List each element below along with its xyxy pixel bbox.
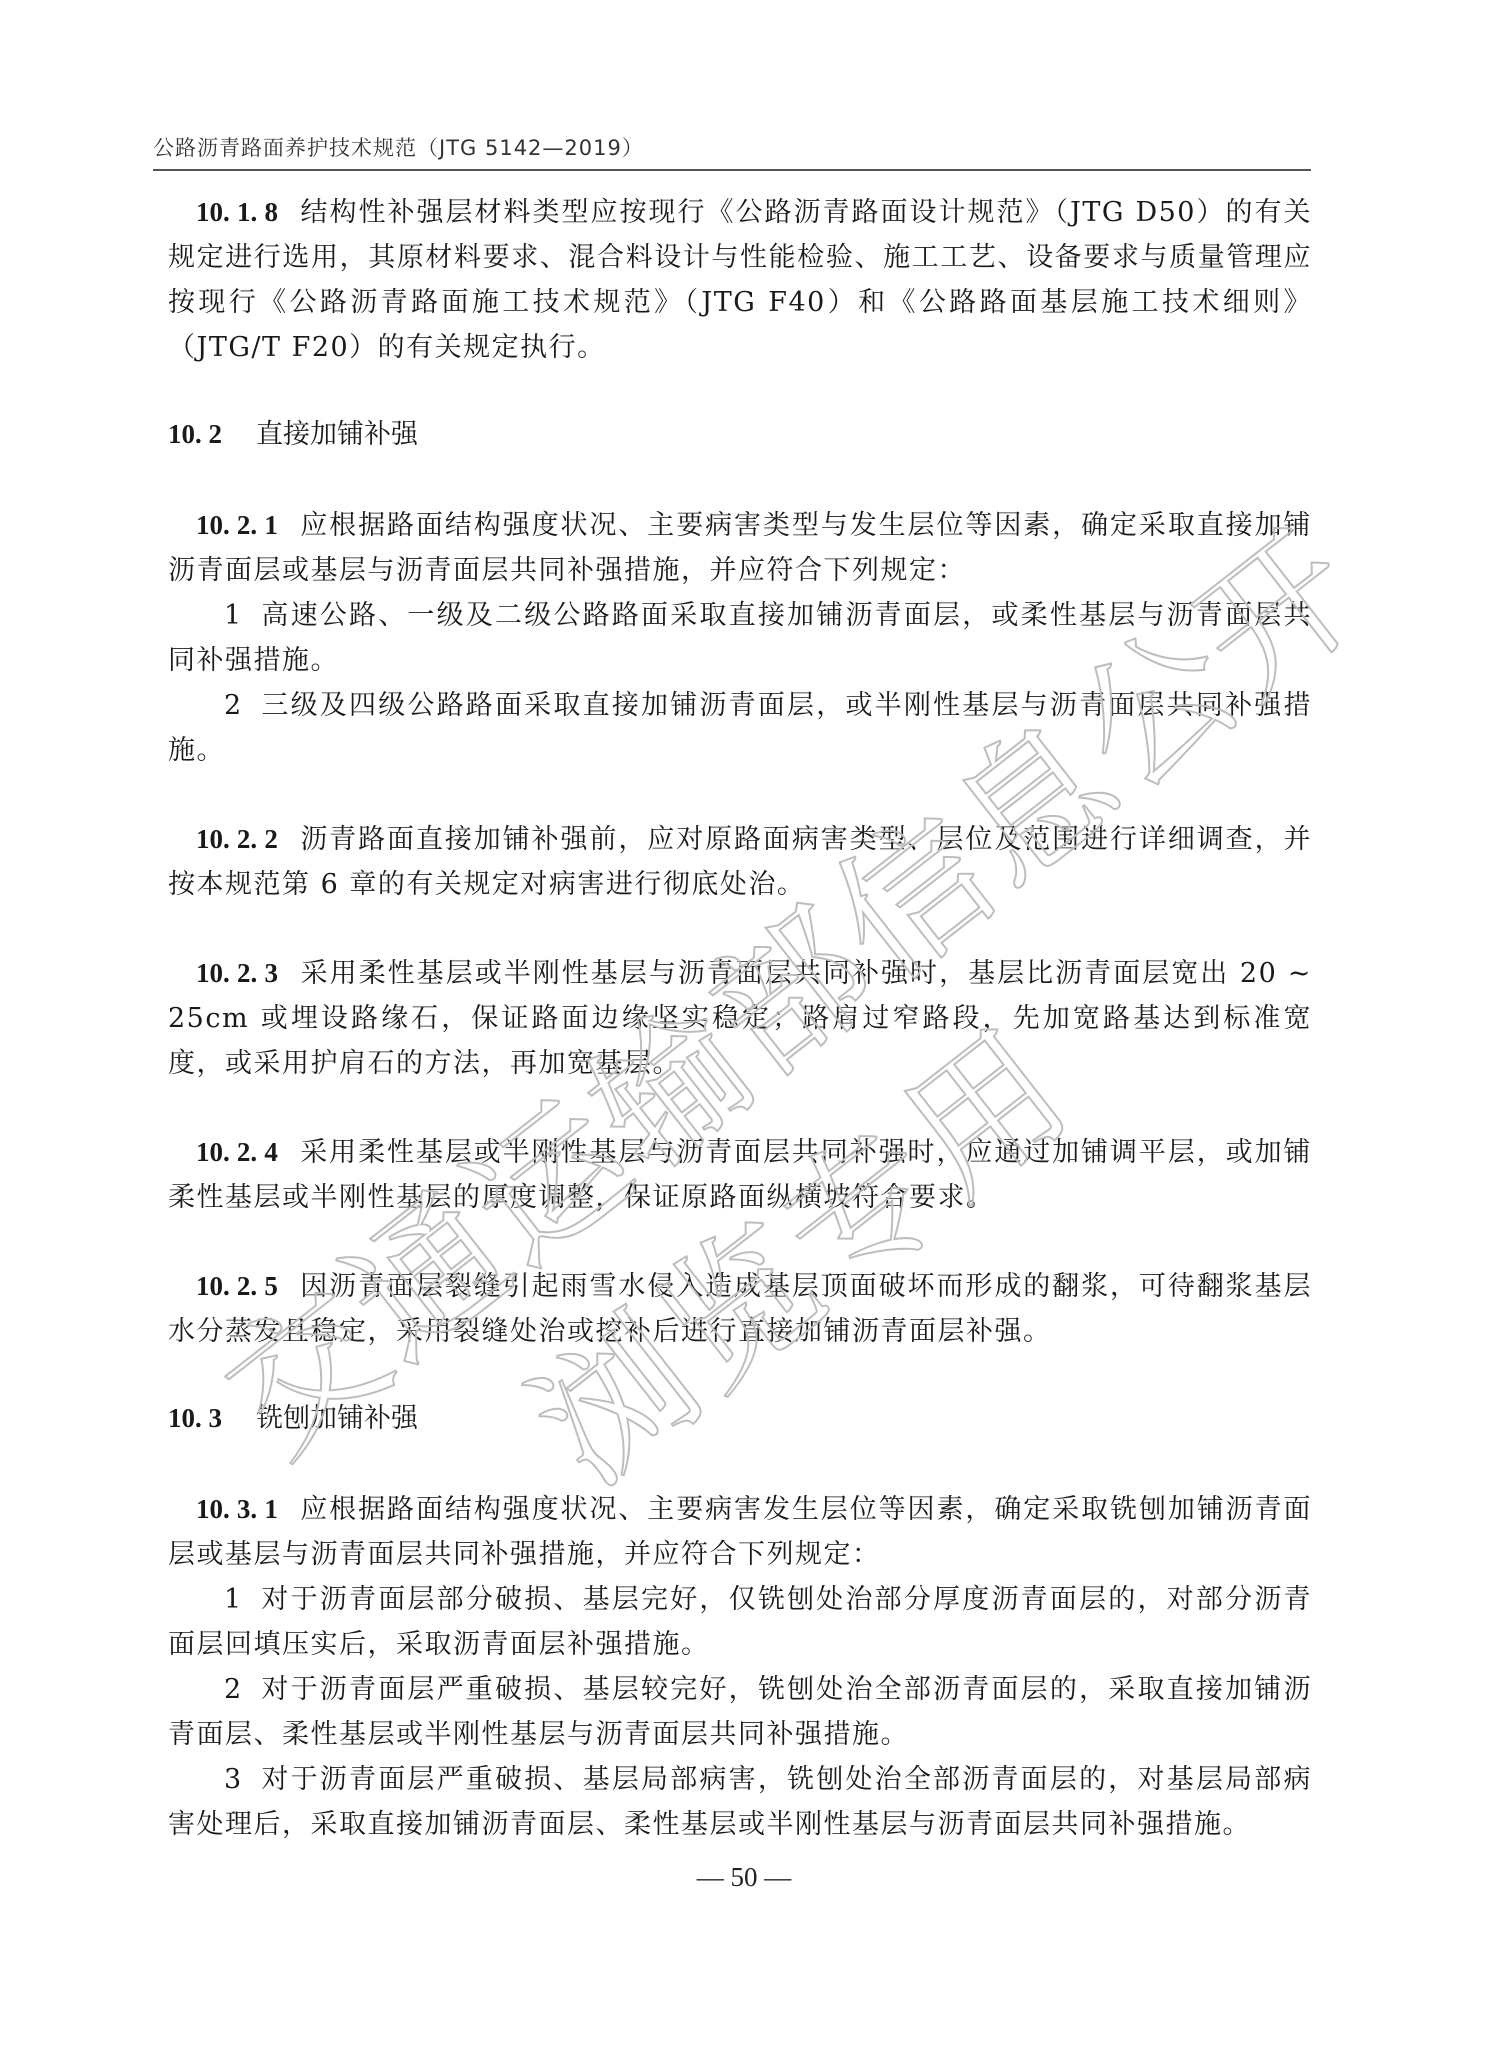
clause-number: 10. 2. 4 bbox=[196, 1137, 278, 1167]
section-heading-10-2: 10. 2直接加铺补强 bbox=[168, 412, 1312, 457]
item-text: 对于沥青面层部分破损、基层完好，仅铣刨处治部分厚度沥青面层的，对部分沥青面层回填… bbox=[168, 1584, 1312, 1660]
item-text: 对于沥青面层严重破损、基层局部病害，铣刨处治全部沥青面层的，对基层局部病害处理后… bbox=[168, 1764, 1312, 1840]
section-number: 10. 3 bbox=[168, 1403, 222, 1433]
list-item: 1高速公路、一级及二级公路路面采取直接加铺沥青面层，或柔性基层与沥青面层共同补强… bbox=[168, 593, 1312, 683]
section-number: 10. 2 bbox=[168, 419, 222, 449]
clause-text: 采用柔性基层或半刚性基层与沥青面层共同补强时，基层比沥青面层宽出 20 ~ 25… bbox=[168, 958, 1312, 1079]
clause-10-2-1: 10. 2. 1应根据路面结构强度状况、主要病害类型与发生层位等因素，确定采取直… bbox=[168, 503, 1312, 593]
clause-text: 应根据路面结构强度状况、主要病害发生层位等因素，确定采取铣刨加铺沥青面层或基层与… bbox=[168, 1494, 1312, 1570]
item-number: 1 bbox=[224, 1584, 243, 1615]
clause-10-3-1: 10. 3. 1应根据路面结构强度状况、主要病害发生层位等因素，确定采取铣刨加铺… bbox=[168, 1487, 1312, 1577]
clause-text: 沥青路面直接加铺补强前，应对原路面病害类型、层位及范围进行详细调查，并按本规范第… bbox=[168, 824, 1312, 900]
section-title: 铣刨加铺补强 bbox=[256, 1403, 418, 1434]
clause-number: 10. 2. 5 bbox=[196, 1271, 278, 1301]
clause-text: 应根据路面结构强度状况、主要病害类型与发生层位等因素，确定采取直接加铺沥青面层或… bbox=[168, 510, 1312, 586]
section-heading-10-3: 10. 3铣刨加铺补强 bbox=[168, 1396, 1312, 1441]
page-number: — 50 — bbox=[0, 1862, 1488, 1893]
clause-10-2-2: 10. 2. 2沥青路面直接加铺补强前，应对原路面病害类型、层位及范围进行详细调… bbox=[168, 817, 1312, 907]
clause-text: 结构性补强层材料类型应按现行《公路沥青路面设计规范》（JTG D50）的有关规定… bbox=[168, 197, 1312, 363]
section-title: 直接加铺补强 bbox=[256, 419, 418, 450]
running-header: 公路沥青路面养护技术规范（JTG 5142—2019） bbox=[153, 132, 644, 162]
clause-text: 因沥青面层裂缝引起雨雪水侵入造成基层顶面破坏而形成的翻浆，可待翻浆基层水分蒸发且… bbox=[168, 1271, 1312, 1347]
clause-number: 10. 1. 8 bbox=[196, 197, 278, 227]
item-text: 三级及四级公路路面采取直接加铺沥青面层，或半刚性基层与沥青面层共同补强措施。 bbox=[168, 690, 1312, 766]
list-item: 1对于沥青面层部分破损、基层完好，仅铣刨处治部分厚度沥青面层的，对部分沥青面层回… bbox=[168, 1577, 1312, 1667]
item-text: 对于沥青面层严重破损、基层较完好，铣刨处治全部沥青面层的，采取直接加铺沥青面层、… bbox=[168, 1674, 1312, 1750]
page-content: 10. 1. 8结构性补强层材料类型应按现行《公路沥青路面设计规范》（JTG D… bbox=[168, 190, 1312, 1847]
clause-number: 10. 2. 1 bbox=[196, 510, 278, 540]
item-number: 3 bbox=[224, 1764, 243, 1795]
header-rule bbox=[153, 169, 1311, 171]
clause-10-2-5: 10. 2. 5因沥青面层裂缝引起雨雪水侵入造成基层顶面破坏而形成的翻浆，可待翻… bbox=[168, 1264, 1312, 1354]
clause-number: 10. 3. 1 bbox=[196, 1494, 278, 1524]
item-number: 2 bbox=[224, 690, 243, 721]
document-page: 公路沥青路面养护技术规范（JTG 5142—2019） 10. 1. 8结构性补… bbox=[0, 0, 1488, 2054]
clause-text: 采用柔性基层或半刚性基层与沥青面层共同补强时，应通过加铺调平层，或加铺柔性基层或… bbox=[168, 1137, 1312, 1213]
list-item: 2对于沥青面层严重破损、基层较完好，铣刨处治全部沥青面层的，采取直接加铺沥青面层… bbox=[168, 1667, 1312, 1757]
item-number: 1 bbox=[224, 600, 243, 631]
list-item: 3对于沥青面层严重破损、基层局部病害，铣刨处治全部沥青面层的，对基层局部病害处理… bbox=[168, 1757, 1312, 1847]
clause-number: 10. 2. 3 bbox=[196, 958, 278, 988]
list-item: 2三级及四级公路路面采取直接加铺沥青面层，或半刚性基层与沥青面层共同补强措施。 bbox=[168, 683, 1312, 773]
clause-10-2-3: 10. 2. 3采用柔性基层或半刚性基层与沥青面层共同补强时，基层比沥青面层宽出… bbox=[168, 951, 1312, 1086]
clause-10-1-8: 10. 1. 8结构性补强层材料类型应按现行《公路沥青路面设计规范》（JTG D… bbox=[168, 190, 1312, 370]
item-text: 高速公路、一级及二级公路路面采取直接加铺沥青面层，或柔性基层与沥青面层共同补强措… bbox=[168, 600, 1312, 676]
clause-10-2-4: 10. 2. 4采用柔性基层或半刚性基层与沥青面层共同补强时，应通过加铺调平层，… bbox=[168, 1130, 1312, 1220]
clause-number: 10. 2. 2 bbox=[196, 824, 278, 854]
item-number: 2 bbox=[224, 1674, 243, 1705]
